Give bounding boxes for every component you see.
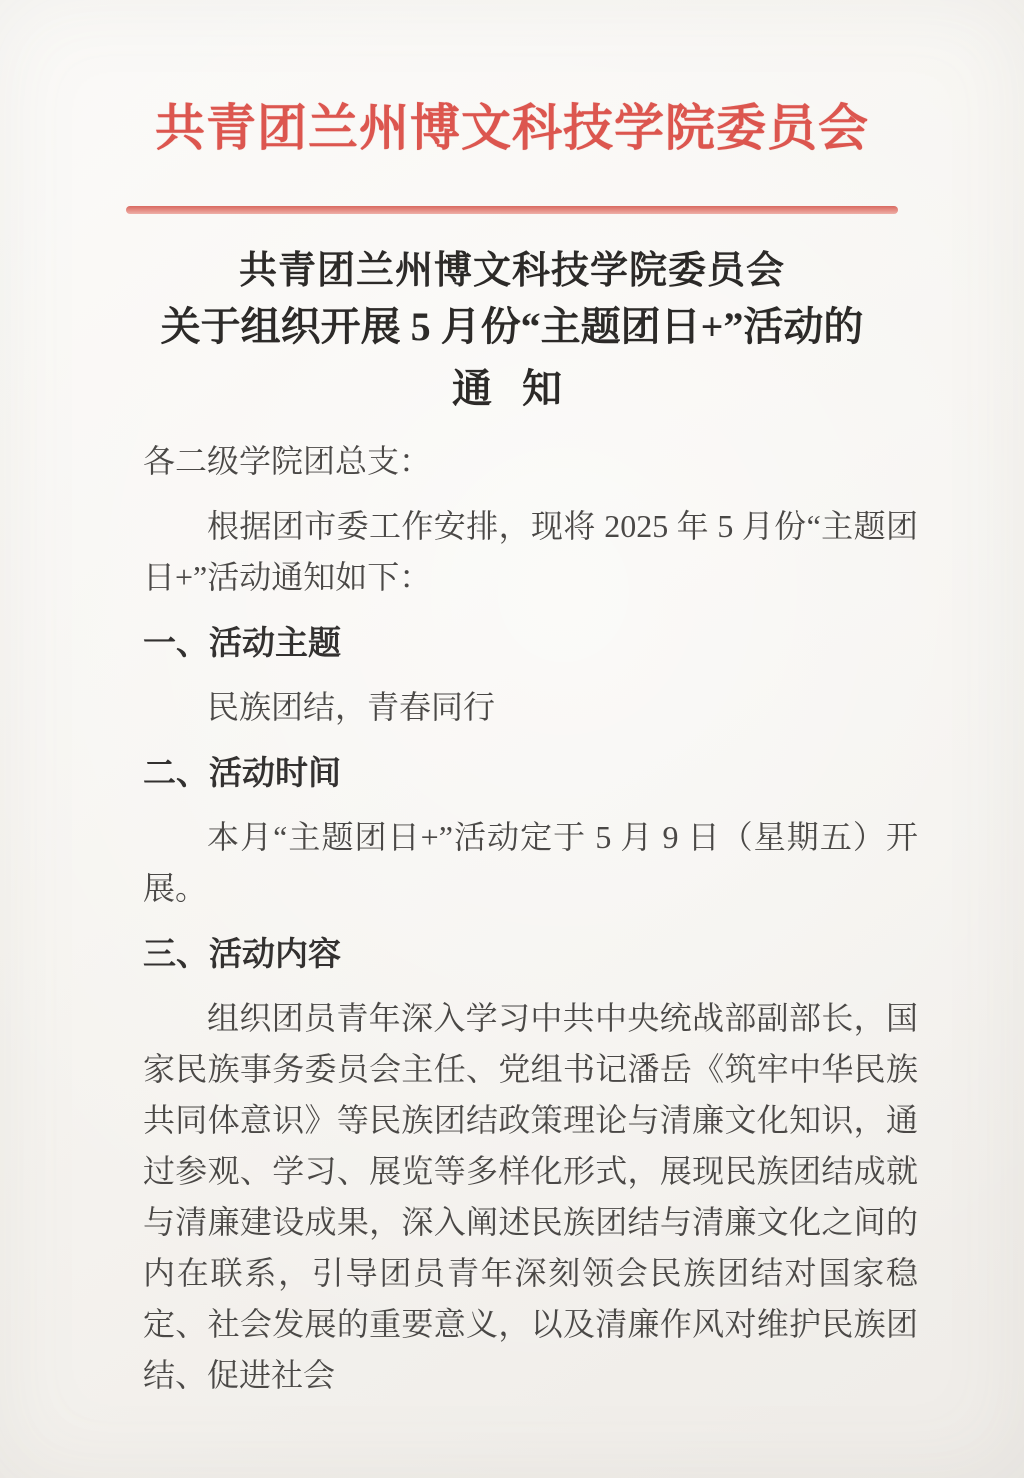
opening-paragraph: 根据团市委工作安排，现将 2025 年 5 月份“主题团日+”活动通知如下： [143,501,918,603]
section-1-heading: 一、活动主题 [143,617,918,668]
letterhead-org-name: 共青团兰州博文科技学院委员会 [0,0,1024,160]
letterhead-divider-rule [126,206,898,214]
document-title-line-2: 关于组织开展 5 月份“主题团日+”活动的 [0,296,1024,358]
document-title: 共青团兰州博文科技学院委员会 关于组织开展 5 月份“主题团日+”活动的 通 知 [0,246,1024,420]
section-1-paragraph: 民族团结，青春同行 [143,682,918,733]
document-page: 共青团兰州博文科技学院委员会 共青团兰州博文科技学院委员会 关于组织开展 5 月… [0,0,1024,1478]
section-3-heading: 三、活动内容 [143,928,918,979]
salutation: 各二级学院团总支： [143,436,918,487]
document-title-line-3: 通 知 [0,358,1024,420]
section-3-paragraph: 组织团员青年深入学习中共中央统战部副部长，国家民族事务委员会主任、党组书记潘岳《… [143,993,918,1401]
document-title-line-1: 共青团兰州博文科技学院委员会 [0,246,1024,296]
section-2-paragraph: 本月“主题团日+”活动定于 5 月 9 日（星期五）开展。 [143,812,918,914]
document-body: 各二级学院团总支： 根据团市委工作安排，现将 2025 年 5 月份“主题团日+… [143,436,918,1401]
section-2-heading: 二、活动时间 [143,747,918,798]
